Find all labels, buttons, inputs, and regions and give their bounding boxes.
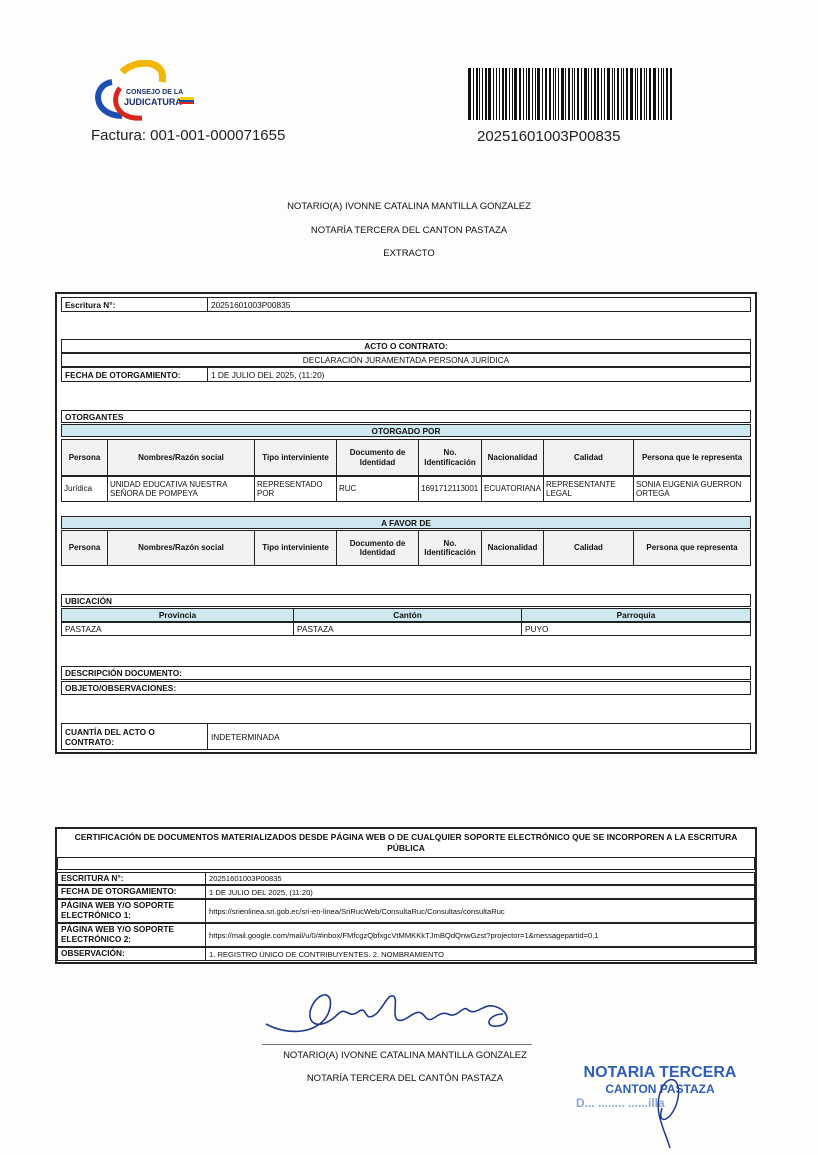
table-cell: REPRESENTANTE LEGAL [544,477,634,501]
barcode-bar [658,68,659,120]
parroquia-header: Parroquia [522,609,750,621]
certificacion-value: 1. REGISTRO ÚNICO DE CONTRIBUYENTES. 2. … [206,948,754,960]
barcode-bar [577,68,579,120]
ubicacion-label: UBICACIÓN [62,595,750,606]
barcode-bar [549,68,551,120]
a-favor-label: A FAVOR DE [62,517,750,528]
certificacion-label: PÁGINA WEB Y/O SOPORTE ELECTRÓNICO 1: [58,900,206,922]
column-header: Calidad [544,531,634,565]
barcode-bar [597,68,599,120]
barcode-bar [649,68,651,120]
parroquia-value: PUYO [522,623,750,635]
provincia-value: PASTAZA [62,623,294,635]
barcode-bar [526,68,527,120]
barcode-bar [670,68,672,120]
column-header: Nacionalidad [482,440,544,475]
signature [258,984,528,1046]
barcode-bar [661,68,662,120]
svg-text:CONSEJO DE LA: CONSEJO DE LA [126,89,183,96]
column-header: Persona que representa [634,531,750,565]
barcode-bar [653,68,656,120]
barcode-bar [505,68,507,120]
barcode-bar [545,68,547,120]
objeto-label: OBJETO/OBSERVACIONES: [62,682,750,694]
barcode-bar [488,68,491,120]
barcode-bar [512,68,513,120]
barcode-number: 20251601003P00835 [477,128,620,145]
a-favor-header: PersonaNombres/Razón socialTipo intervin… [61,530,751,566]
barcode-bar [644,68,645,120]
certificacion-row: FECHA DE OTORGAMIENTO:1 DE JULIO DEL 202… [57,885,755,899]
barcode-bar [473,68,474,120]
table-cell: REPRESENTADO POR [255,477,337,501]
escritura-label: Escritura N°: [62,298,208,311]
canton-header: Cantón [294,609,522,621]
column-header: Persona que le representa [634,440,750,475]
column-header: No. Identificación [419,531,482,565]
certificacion-value: 20251601003P00835 [206,873,754,884]
barcode-bar [568,68,570,120]
barcode-bar [621,68,622,120]
certificacion-row: OBSERVACIÓN:1. REGISTRO ÚNICO DE CONTRIB… [57,947,755,961]
barcode-bar [519,68,521,120]
footer-notary-name: NOTARIO(A) IVONNE CATALINA MANTILLA GONZ… [0,1050,814,1061]
column-header: Persona [62,440,108,475]
notary-name: NOTARIO(A) IVONNE CATALINA MANTILLA GONZ… [0,201,818,212]
certificacion-label: FECHA DE OTORGAMIENTO: [58,886,206,898]
barcode-bar [626,68,628,120]
fecha-label: FECHA DE OTORGAMIENTO: [62,368,208,381]
barcode-bar [555,68,556,120]
barcode-bar [601,68,602,120]
certificacion-row: ESCRITURA N°:20251601003P00835 [57,872,755,885]
certificacion-row: PÁGINA WEB Y/O SOPORTE ELECTRÓNICO 1:htt… [57,899,755,923]
barcode-bar [666,68,668,120]
table-cell: 1691712113001 [419,477,482,501]
cuantia-label: CUANTÍA DEL ACTO O CONTRATO: [62,724,208,749]
column-header: Nacionalidad [482,531,544,565]
column-header: Persona [62,531,108,565]
barcode-bar [572,68,573,120]
notary-office: NOTARÍA TERCERA DEL CANTON PASTAZA [0,225,818,236]
acto-value: DECLARACIÓN JURAMENTADA PERSONA JURÍDICA [62,354,750,366]
certificacion-label: OBSERVACIÓN: [58,948,206,960]
barcode-bar [591,68,592,120]
barcode-bar [523,68,524,120]
barcode-bar [612,68,613,120]
barcode-bar [637,68,638,120]
column-header: Documento de Identidad [337,531,419,565]
column-header: Documento de Identidad [337,440,419,475]
barcode-bar [640,68,642,120]
descripcion-label: DESCRIPCIÓN DOCUMENTO: [62,667,750,679]
barcode-bar [485,68,487,120]
barcode-bar [574,68,575,120]
barcode-bar [499,68,500,120]
otorgado-por-row: JurídicaUNIDAD EDUCATIVA NUESTRA SEÑORA … [61,476,751,502]
column-header: Calidad [544,440,634,475]
table-cell: SONIA EUGENIA GUERRON ORTEGA [634,477,750,501]
barcode-bar [584,68,587,120]
barcode-bar [561,68,564,120]
barcode-bar [479,68,480,120]
barcode [468,68,740,120]
barcode-bar [607,68,610,120]
column-header: Tipo interviniente [255,531,337,565]
barcode-bar [646,68,647,120]
barcode-bar [604,68,605,120]
barcode-bar [502,68,504,120]
column-header: Tipo interviniente [255,440,337,475]
extracto-table: Escritura N°: 20251601003P00835 ACTO O C… [55,292,757,754]
barcode-bar [514,68,517,120]
fecha-value: 1 DE JULIO DEL 2025, (11:20) [208,368,750,381]
barcode-bar [630,68,633,120]
blank-row [58,858,754,869]
acto-label: ACTO O CONTRATO: [62,340,750,352]
barcode-bar [635,68,636,120]
factura-number: Factura: 001-001-000071655 [91,127,285,144]
certificacion-value: https://srienlinea.sri.gob.ec/sri-en-lin… [206,900,754,922]
column-header: No. Identificación [419,440,482,475]
certificacion-value: 1 DE JULIO DEL 2025, (11:20) [206,886,754,898]
table-cell: RUC [337,477,419,501]
otorgantes-label: OTORGANTES [62,411,750,422]
table-cell: Jurídica [62,477,108,501]
consejo-judicatura-logo: CONSEJO DE LA JUDICATURA [92,60,202,122]
certificacion-table: CERTIFICACIÓN DE DOCUMENTOS MATERIALIZAD… [55,827,757,964]
cuantia-value: INDETERMINADA [208,724,750,749]
signature-line [262,1044,532,1045]
otorgado-por-label: OTORGADO POR [62,425,750,436]
document-type: EXTRACTO [0,248,818,259]
barcode-bar [468,68,471,120]
barcode-bar [542,68,543,120]
barcode-bar [588,68,589,120]
table-cell: UNIDAD EDUCATIVA NUESTRA SEÑORA DE POMPE… [108,477,255,501]
stamp-flourish [650,1068,690,1152]
certificacion-value: https://mail.google.com/mail/u/0/#inbox/… [206,924,754,946]
escritura-value: 20251601003P00835 [208,298,750,311]
barcode-bar [553,68,554,120]
barcode-bar [623,68,624,120]
barcode-bar [532,68,533,120]
certificacion-title: CERTIFICACIÓN DE DOCUMENTOS MATERIALIZAD… [67,832,745,854]
barcode-bar [594,68,596,120]
canton-value: PASTAZA [294,623,522,635]
column-header: Nombres/Razón social [108,531,255,565]
svg-text:JUDICATURA: JUDICATURA [124,97,182,107]
barcode-bar [614,68,615,120]
barcode-bar [482,68,483,120]
barcode-bar [476,68,478,120]
barcode-bar [537,68,540,120]
table-cell: ECUATORIANA [482,477,544,501]
barcode-bar [617,68,619,120]
otorgado-por-header: PersonaNombres/Razón socialTipo intervin… [61,439,751,476]
certificacion-label: PÁGINA WEB Y/O SOPORTE ELECTRÓNICO 2: [58,924,206,946]
barcode-bar [509,68,510,120]
certificacion-row: PÁGINA WEB Y/O SOPORTE ELECTRÓNICO 2:htt… [57,923,755,947]
barcode-bar [493,68,494,120]
barcode-bar [663,68,664,120]
column-header: Nombres/Razón social [108,440,255,475]
barcode-bar [565,68,566,120]
barcode-bar [496,68,497,120]
provincia-header: Provincia [62,609,294,621]
certificacion-label: ESCRITURA N°: [58,873,206,884]
barcode-bar [558,68,559,120]
barcode-bar [528,68,530,120]
barcode-bar [535,68,536,120]
barcode-bar [581,68,582,120]
